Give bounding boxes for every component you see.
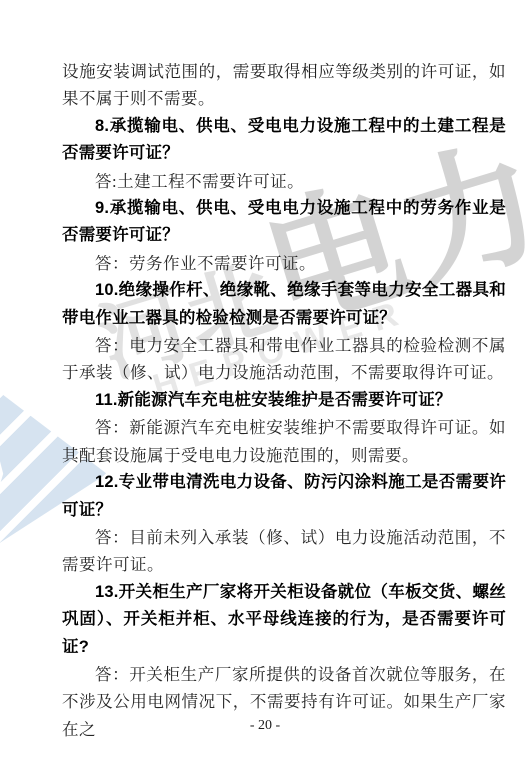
question-paragraph: 8.承揽输电、供电、受电电力设施工程中的土建工程是否需要许可证？ bbox=[62, 113, 506, 168]
question-paragraph: 13.开关柜生产厂家将开关柜设备就位（车板交货、螺丝巩固）、开关柜并柜、水平母线… bbox=[62, 579, 506, 661]
document-body: 设施安装调试范围的，需要取得相应等级类别的许可证，如果不属于则不需要。8.承揽输… bbox=[62, 58, 506, 743]
question-paragraph: 12.专业带电清洗电力设备、防污闪涂料施工是否需要许可证？ bbox=[62, 469, 506, 524]
document-page: 河北电力 HEPOWER 设施安装调试范围的，需要取得相应等级类别的许可证，如果… bbox=[0, 0, 530, 767]
answer-paragraph: 答：目前未列入承装（修、试）电力设施活动范围，不需要许可证。 bbox=[62, 524, 506, 579]
answer-paragraph: 答：劳务作业不需要许可证。 bbox=[62, 250, 506, 277]
question-paragraph: 10.绝缘操作杆、绝缘靴、绝缘手套等电力安全工器具和带电作业工器具的检验检测是否… bbox=[62, 277, 506, 332]
question-paragraph: 9.承揽输电、供电、受电电力设施工程中的劳务作业是否需要许可证？ bbox=[62, 195, 506, 250]
answer-paragraph: 设施安装调试范围的，需要取得相应等级类别的许可证，如果不属于则不需要。 bbox=[62, 58, 506, 113]
answer-paragraph: 答：新能源汽车充电桩安装维护不需要取得许可证。如其配套设施属于受电电力设施范围的… bbox=[62, 414, 506, 469]
answer-paragraph: 答:土建工程不需要许可证。 bbox=[62, 168, 506, 195]
answer-paragraph: 答：电力安全工器具和带电作业工器具的检验检测不属于承装（修、试）电力设施活动范围… bbox=[62, 332, 506, 387]
page-number: - 20 - bbox=[0, 718, 530, 734]
question-paragraph: 11.新能源汽车充电桩安装维护是否需要许可证？ bbox=[62, 387, 506, 414]
